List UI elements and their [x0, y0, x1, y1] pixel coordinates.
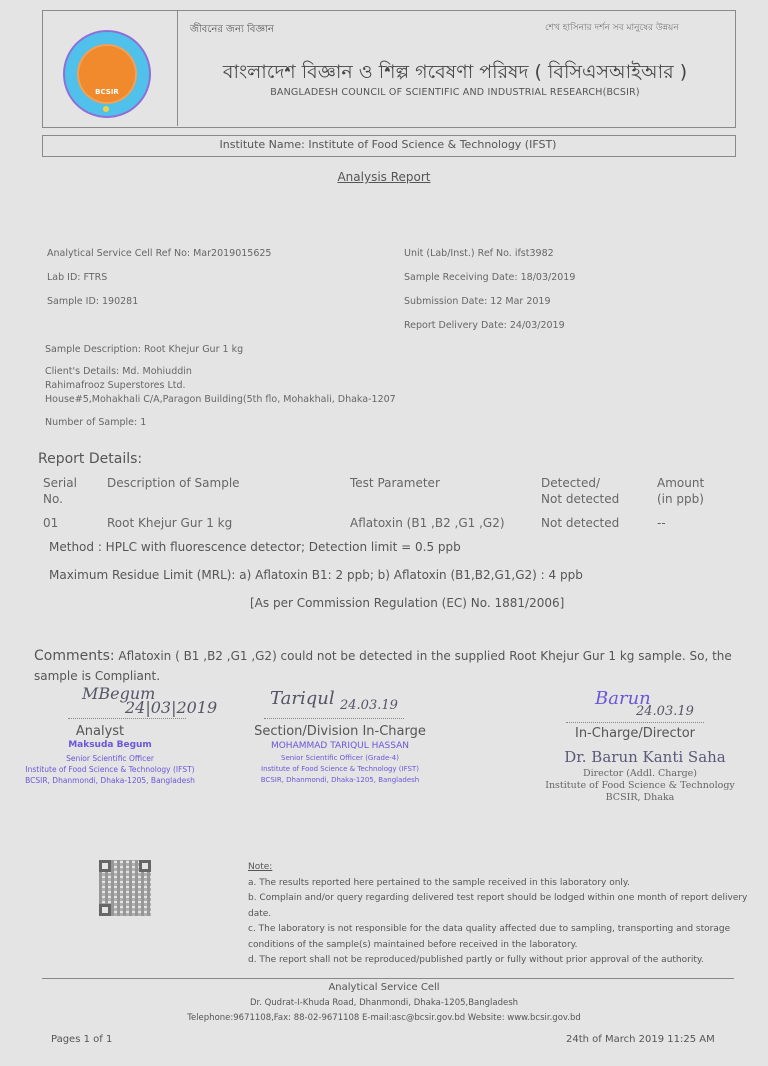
title-bengali: বাংলাদেশ বিজ্ঞান ও শিল্প গবেষণা পরিষদ ( …: [190, 58, 720, 90]
director-stamp: Director (Addl. Charge) Institute of Foo…: [530, 768, 750, 804]
cell-serial: 01: [43, 515, 58, 531]
section-sign-line: [264, 718, 404, 719]
analyst-sign-line: [68, 718, 186, 719]
section-stamp-name: MOHAMMAD TARIQUL HASSAN: [240, 741, 440, 751]
director-stamp-l3: BCSIR, Dhaka: [530, 792, 750, 804]
analyst-stamp-name: Maksuda Begum: [30, 740, 190, 750]
client-name: Client's Details: Md. Mohiuddin: [45, 366, 192, 377]
qr-corner-bl: [99, 904, 111, 916]
col-detected-l2: Not detected: [541, 491, 619, 507]
section-sign-date: 24.03.19: [340, 698, 398, 713]
comments-text: Aflatoxin ( B1 ,B2 ,G1 ,G2) could not be…: [34, 649, 732, 683]
section-stamp: Senior Scientific Officer (Grade-4) Inst…: [240, 753, 440, 786]
delivery-date: Report Delivery Date: 24/03/2019: [404, 320, 565, 331]
footer-office: Analytical Service Cell: [0, 982, 768, 993]
sample-description: Sample Description: Root Khejur Gur 1 kg: [45, 344, 243, 355]
col-detected-l1: Detected/: [541, 475, 619, 491]
col-serial: Serial No.: [43, 475, 77, 507]
section-stamp-l3: BCSIR, Dhanmondi, Dhaka-1205, Bangladesh: [240, 775, 440, 786]
section-role: Section/Division In-Charge: [240, 724, 440, 739]
analyst-stamp-l3: BCSIR, Dhanmondi, Dhaka-1205, Bangladesh: [20, 775, 200, 786]
director-stamp-l2: Institute of Food Science & Technology: [530, 780, 750, 792]
cell-parameter: Aflatoxin (B1 ,B2 ,G1 ,G2): [350, 515, 505, 531]
notes-heading: Note:: [248, 860, 748, 876]
institute-name: Institute Name: Institute of Food Scienc…: [42, 138, 734, 151]
client-address: House#5,Mohakhali C/A,Paragon Building(5…: [45, 394, 396, 405]
director-stamp-name: Dr. Barun Kanti Saha: [540, 748, 750, 766]
client-company: Rahimafrooz Superstores Ltd.: [45, 380, 186, 391]
note-d: d. The report shall not be reproduced/pu…: [248, 953, 748, 969]
section-signature: Tariqul: [270, 688, 335, 709]
page-count: Pages 1 of 1: [51, 1034, 112, 1045]
col-serial-l2: No.: [43, 491, 77, 507]
analyst-sign-date: 24|03|2019: [125, 698, 217, 717]
col-amount-l2: (in ppb): [657, 491, 704, 507]
submission-date: Submission Date: 12 Mar 2019: [404, 296, 551, 307]
col-detected: Detected/ Not detected: [541, 475, 619, 507]
motto-right: শেখ হাসিনার দর্শন সব মানুষের উন্নয়ন: [545, 20, 679, 35]
col-amount: Amount (in ppb): [657, 475, 704, 507]
note-b: b. Complain and/or query regarding deliv…: [248, 891, 748, 922]
report-details-heading: Report Details:: [38, 451, 142, 467]
analyst-stamp-l2: Institute of Food Science & Technology (…: [20, 764, 200, 775]
receiving-date: Sample Receiving Date: 18/03/2019: [404, 272, 575, 283]
ref-no: Analytical Service Cell Ref No: Mar20190…: [47, 248, 271, 259]
qr-corner-tr: [139, 860, 151, 872]
mrl: Maximum Residue Limit (MRL): a) Aflatoxi…: [49, 568, 583, 582]
director-stamp-l1: Director (Addl. Charge): [530, 768, 750, 780]
col-parameter: Test Parameter: [350, 475, 440, 491]
title-english: BANGLADESH COUNCIL OF SCIENTIFIC AND IND…: [190, 87, 720, 98]
print-timestamp: 24th of March 2019 11:25 AM: [566, 1034, 715, 1045]
sample-id: Sample ID: 190281: [47, 296, 138, 307]
footer-address: Dr. Qudrat-I-Khuda Road, Dhanmondi, Dhak…: [0, 998, 768, 1008]
director-role: In-Charge/Director: [550, 726, 720, 741]
number-of-sample: Number of Sample: 1: [45, 417, 146, 428]
notes: Note: a. The results reported here perta…: [248, 860, 748, 969]
cell-detected: Not detected: [541, 515, 619, 531]
report-title: Analysis Report: [0, 170, 768, 184]
director-sign-date: 24.03.19: [636, 704, 694, 719]
section-stamp-l2: Institute of Food Science & Technology (…: [240, 764, 440, 775]
logo-text: BCSIR: [77, 88, 137, 96]
section-stamp-l1: Senior Scientific Officer (Grade-4): [240, 753, 440, 764]
regulation: [As per Commission Regulation (EC) No. 1…: [250, 596, 564, 610]
logo-dot: [103, 106, 109, 112]
unit-ref: Unit (Lab/Inst.) Ref No. ifst3982: [404, 248, 554, 259]
analyst-stamp-l1: Senior Scientific Officer: [20, 753, 200, 764]
method: Method : HPLC with fluorescence detector…: [49, 540, 461, 554]
comments: Comments: Aflatoxin ( B1 ,B2 ,G1 ,G2) co…: [34, 646, 734, 686]
analyst-role: Analyst: [40, 724, 160, 739]
comments-label: Comments:: [34, 648, 115, 664]
director-sign-line: [566, 722, 704, 723]
cell-description: Root Khejur Gur 1 kg: [107, 515, 232, 531]
analyst-stamp: Senior Scientific Officer Institute of F…: [20, 753, 200, 786]
motto-left: জীবনের জন্য বিজ্ঞান: [190, 22, 274, 39]
lab-id: Lab ID: FTRS: [47, 272, 107, 283]
col-serial-l1: Serial: [43, 475, 77, 491]
qr-corner-tl: [99, 860, 111, 872]
note-a: a. The results reported here pertained t…: [248, 876, 748, 892]
cell-amount: --: [657, 515, 666, 531]
footer-divider: [42, 978, 734, 979]
note-c: c. The laboratory is not responsible for…: [248, 922, 748, 953]
footer-contact: Telephone:9671108,Fax: 88-02-9671108 E-m…: [0, 1013, 768, 1023]
col-amount-l1: Amount: [657, 475, 704, 491]
col-description: Description of Sample: [107, 475, 240, 491]
